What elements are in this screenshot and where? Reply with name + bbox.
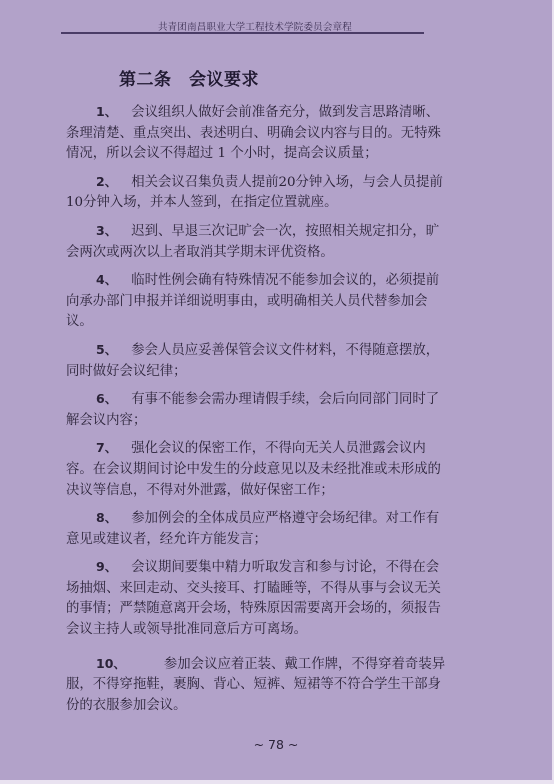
section-title: 第二条 会议要求 xyxy=(119,65,259,90)
rule-text: 参会人员应妥善保管会议文件材料，不得随意摆放，同时做好会议纪律； xyxy=(66,343,439,379)
rule-number: 8、 xyxy=(66,508,117,529)
rule-text: 强化会议的保密工作，不得向无关人员泄露会议内容。在会议期间讨论中发生的分歧意见以… xyxy=(66,441,441,497)
rule-number: 5、 xyxy=(66,340,117,361)
rule-number: 2、 xyxy=(66,172,117,193)
rule-item: 4、临时性例会确有特殊情况不能参加会议的，必须提前向承办部门申报并详细说明事由，… xyxy=(66,270,446,333)
rule-item: 10、参加会议应着正装、戴工作牌，不得穿着奇装异服，不得穿拖鞋，裹胸、背心、短裤… xyxy=(66,654,446,717)
rule-item: 2、相关会议召集负责人提前20分钟入场，与会人员提前10分钟入场，并本人签到，在… xyxy=(66,172,446,214)
rule-text: 临时性例会确有特殊情况不能参加会议的，必须提前向承办部门申报并详细说明事由，或明… xyxy=(66,273,439,329)
rule-number: 4、 xyxy=(66,270,117,291)
rule-number: 1、 xyxy=(66,102,117,123)
rule-item: 7、强化会议的保密工作，不得向无关人员泄露会议内容。在会议期间讨论中发生的分歧意… xyxy=(66,438,446,501)
rule-item: 6、有事不能参会需办理请假手续，会后向同部门同时了解会议内容； xyxy=(66,389,446,431)
rule-item: 5、参会人员应妥善保管会议文件材料，不得随意摆放，同时做好会议纪律； xyxy=(66,340,446,382)
rule-item: 1、会议组织人做好会前准备充分，做到发言思路清晰、条理清楚、重点突出、表述明白、… xyxy=(66,102,446,165)
rule-text: 参加例会的全体成员应严格遵守会场纪律。对工作有意见或建议者，经允许方能发言； xyxy=(66,511,439,547)
rule-number: 7、 xyxy=(66,438,117,459)
running-header: 共青团南昌职业大学工程技术学院委员会章程 xyxy=(62,19,448,33)
rule-text: 会议组织人做好会前准备充分，做到发言思路清晰、条理清楚、重点突出、表述明白、明确… xyxy=(66,105,441,161)
rule-item: 3、迟到、早退三次记旷会一次，按照相关规定扣分，旷会两次或两次以上者取消其学期末… xyxy=(66,221,446,263)
rule-text: 有事不能参会需办理请假手续，会后向同部门同时了解会议内容； xyxy=(66,392,439,428)
rule-text: 迟到、早退三次记旷会一次，按照相关规定扣分，旷会两次或两次以上者取消其学期末评优… xyxy=(66,224,439,260)
document-page: 共青团南昌职业大学工程技术学院委员会章程 第二条 会议要求 1、会议组织人做好会… xyxy=(0,0,552,780)
rule-number: 6、 xyxy=(66,389,117,410)
rule-item: 9、会议期间要集中精力听取发言和参与讨论，不得在会场抽烟、来回走动、交头接耳、打… xyxy=(66,557,446,640)
rule-number: 10、 xyxy=(66,654,126,675)
rule-item: 8、参加例会的全体成员应严格遵守会场纪律。对工作有意见或建议者，经允许方能发言； xyxy=(66,508,446,550)
page-number: ~ 78 ~ xyxy=(0,737,552,752)
header-divider xyxy=(61,32,424,34)
rule-text: 会议期间要集中精力听取发言和参与讨论，不得在会场抽烟、来回走动、交头接耳、打瞌睡… xyxy=(66,560,441,637)
rule-text: 相关会议召集负责人提前20分钟入场，与会人员提前10分钟入场，并本人签到，在指定… xyxy=(66,175,443,211)
rules-list: 1、会议组织人做好会前准备充分，做到发言思路清晰、条理清楚、重点突出、表述明白、… xyxy=(66,102,446,723)
rule-number: 3、 xyxy=(66,221,117,242)
rule-number: 9、 xyxy=(66,557,117,578)
